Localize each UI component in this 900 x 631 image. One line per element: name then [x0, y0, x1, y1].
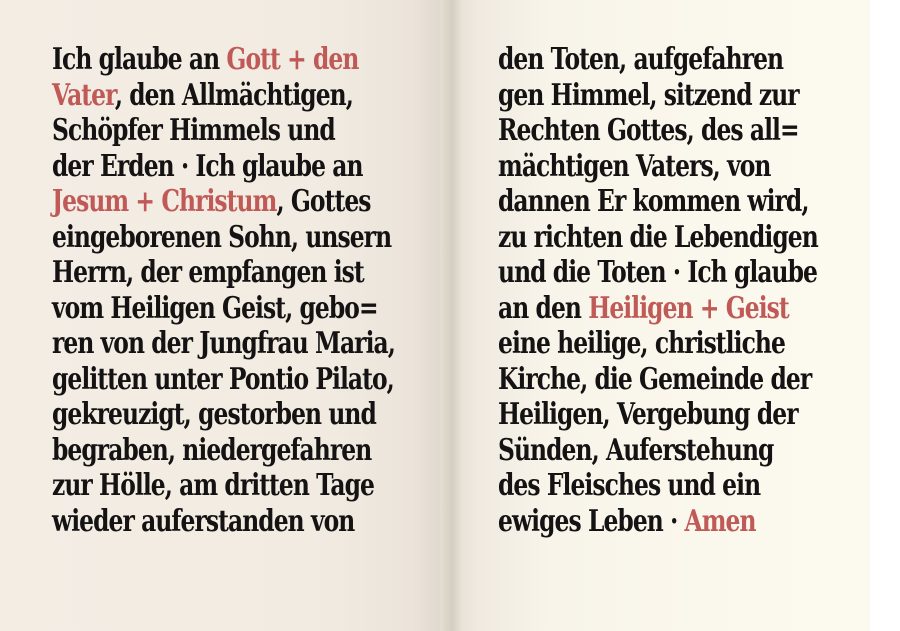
text-line: Herrn, der empfangen ist: [52, 255, 341, 291]
book-gutter: [440, 0, 480, 631]
black-text: an den: [498, 291, 588, 326]
black-text: den Toten, aufgefahren: [498, 42, 783, 77]
black-text: gekreuzigt, gestorben und: [52, 397, 376, 432]
black-text: dannen Er kommen wird,: [498, 184, 809, 219]
text-line: Vater, den Allmächtigen,: [52, 78, 341, 114]
text-line: zur Hölle, am dritten Tage: [52, 468, 341, 504]
black-text: wieder auferstanden von: [52, 504, 354, 539]
text-line: Ich glaube an Gott + den: [52, 42, 341, 78]
black-text: Sünden, Auferstehung: [498, 433, 773, 468]
black-text: Ich glaube an: [52, 42, 226, 77]
text-line: dannen Er kommen wird,: [498, 184, 763, 220]
text-line: Kirche, die Gemeinde der: [498, 362, 763, 398]
left-page-text: Ich glaube an Gott + denVater, den Allmä…: [52, 42, 422, 539]
black-text: gelitten unter Pontio Pilato,: [52, 362, 394, 397]
black-text: Schöpfer Himmels und: [52, 113, 335, 148]
black-text: begraben, niedergefahren: [52, 433, 371, 468]
text-line: Jesum + Christum, Gottes: [52, 184, 341, 220]
rubric-text: Jesum + Christum: [52, 184, 276, 219]
black-text: und die Toten · Ich glaube: [498, 255, 817, 290]
black-text: eine heilige, christliche: [498, 326, 785, 361]
rubric-text: Heiligen + Geist: [588, 291, 789, 326]
black-text-tail: , den Allmächtigen,: [115, 78, 353, 113]
text-line: vom Heiligen Geist, gebo=: [52, 291, 341, 327]
text-line: den Toten, aufgefahren: [498, 42, 763, 78]
black-text: zu richten die Lebendigen: [498, 220, 818, 255]
text-line: des Fleisches und ein: [498, 468, 763, 504]
black-text: ewiges Leben ·: [498, 504, 685, 539]
rubric-text: Vater: [52, 78, 115, 113]
black-text: ren von der Jungfrau Maria,: [52, 326, 395, 361]
text-line: wieder auferstanden von: [52, 504, 341, 540]
black-text: der Erden · Ich glaube an: [52, 149, 363, 184]
black-text: gen Himmel, sitzend zur: [498, 78, 799, 113]
black-text: vom Heiligen Geist, gebo=: [52, 291, 378, 326]
black-text-tail: , Gottes: [276, 184, 370, 219]
text-line: gekreuzigt, gestorben und: [52, 397, 341, 433]
black-text: des Fleisches und ein: [498, 468, 760, 503]
text-line: Rechten Gottes, des all=: [498, 113, 763, 149]
text-line: Schöpfer Himmels und: [52, 113, 341, 149]
right-page-text: den Toten, aufgefahrengen Himmel, sitzen…: [498, 42, 838, 539]
text-line: der Erden · Ich glaube an: [52, 149, 341, 185]
text-line: und die Toten · Ich glaube: [498, 255, 763, 291]
black-text: zur Hölle, am dritten Tage: [52, 468, 374, 503]
rubric-text: Gott + den: [226, 42, 358, 77]
black-text: mächtigen Vaters, von: [498, 149, 771, 184]
text-line: Sünden, Auferstehung: [498, 433, 763, 469]
text-line: ren von der Jungfrau Maria,: [52, 326, 341, 362]
text-line: gen Himmel, sitzend zur: [498, 78, 763, 114]
text-line: ewiges Leben · Amen: [498, 504, 763, 540]
black-text: eingeborenen Sohn, unsern: [52, 220, 391, 255]
black-text: Rechten Gottes, des all=: [498, 113, 799, 148]
text-line: eine heilige, christliche: [498, 326, 763, 362]
text-line: gelitten unter Pontio Pilato,: [52, 362, 341, 398]
text-line: mächtigen Vaters, von: [498, 149, 763, 185]
book-spread: Ich glaube an Gott + denVater, den Allmä…: [0, 0, 900, 631]
text-line: zu richten die Lebendigen: [498, 220, 763, 256]
text-line: begraben, niedergefahren: [52, 433, 341, 469]
text-line: Heiligen, Vergebung der: [498, 397, 763, 433]
black-text: Herrn, der empfangen ist: [52, 255, 364, 290]
text-line: eingeborenen Sohn, unsern: [52, 220, 341, 256]
rubric-text: Amen: [685, 504, 756, 539]
black-text: Heiligen, Vergebung der: [498, 397, 798, 432]
black-text: Kirche, die Gemeinde der: [498, 362, 811, 397]
text-line: an den Heiligen + Geist: [498, 291, 763, 327]
